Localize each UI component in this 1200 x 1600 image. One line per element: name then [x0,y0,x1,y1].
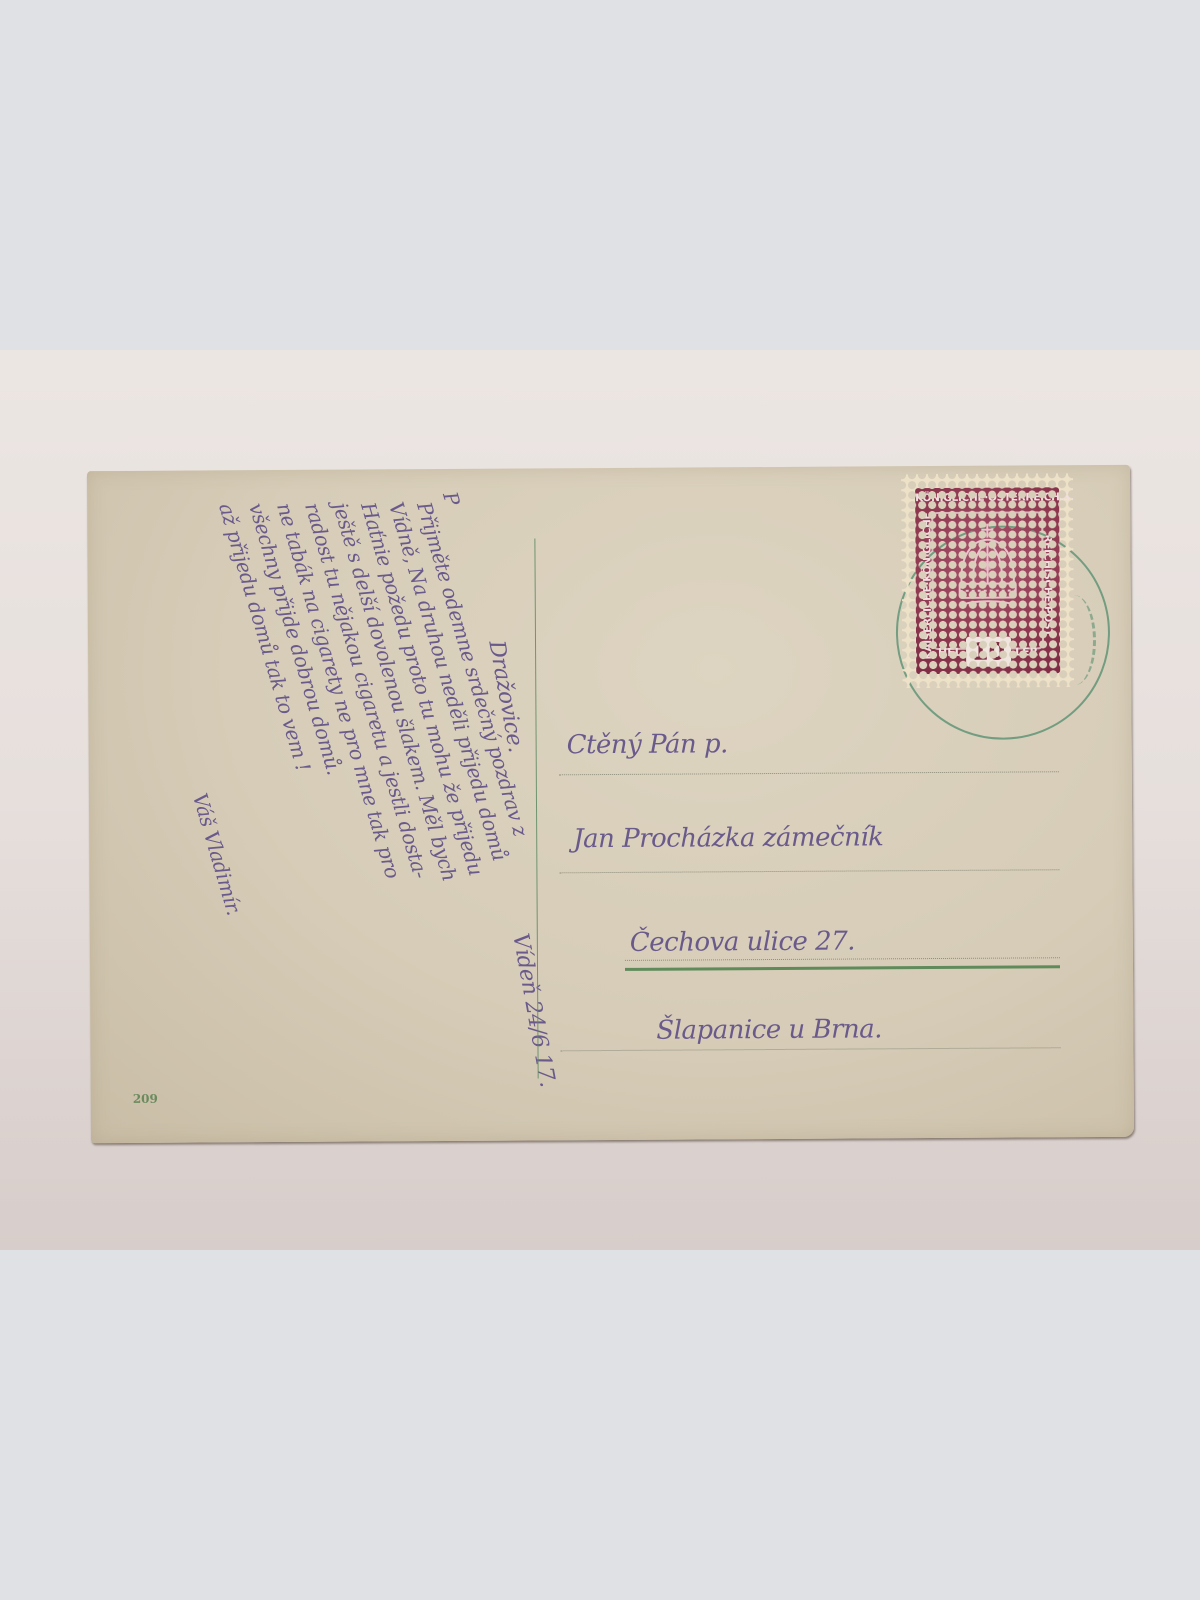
address-rule [559,869,1059,873]
stamp-top-text: KÖNIGLICHE·ÖSTERREICHISCHE [915,491,1059,504]
message-block: P Přijměte odemne srdečný pozdrav z Vídn… [105,489,479,1101]
greeting-mark: P [438,489,465,508]
address-name: Jan Procházka zámečník [573,822,883,854]
address-rule [561,1047,1061,1051]
postage-stamp: KÖNIGLICHE·ÖSTERREICHISCHE KAISERLICHE·K… [901,473,1074,688]
stamp-design: KÖNIGLICHE·ÖSTERREICHISCHE KAISERLICHE·K… [915,487,1060,674]
stamp-value-row: HEL 10 LER [916,635,1060,668]
print-number: 209 [133,1092,158,1106]
address-salutation: Ctěný Pán p. [567,729,728,760]
address-underline [625,965,1060,971]
stamp-currency-left: HEL [938,645,962,658]
date-label: Vídeň 24/6 17. [507,931,560,1089]
crown-icon [955,521,1020,613]
address-street: Čechova ulice 27. [630,927,855,958]
address-rule [625,957,1060,961]
stamp-value: 10 [966,637,1012,667]
signature: Váš Vladimír. [188,790,246,917]
stamp-currency-right: LER [1015,645,1038,658]
postcard: P Přijměte odemne srdečný pozdrav z Vídn… [87,465,1134,1143]
address-city: Šlapanice u Brna. [656,1014,882,1045]
address-rule [559,771,1059,775]
